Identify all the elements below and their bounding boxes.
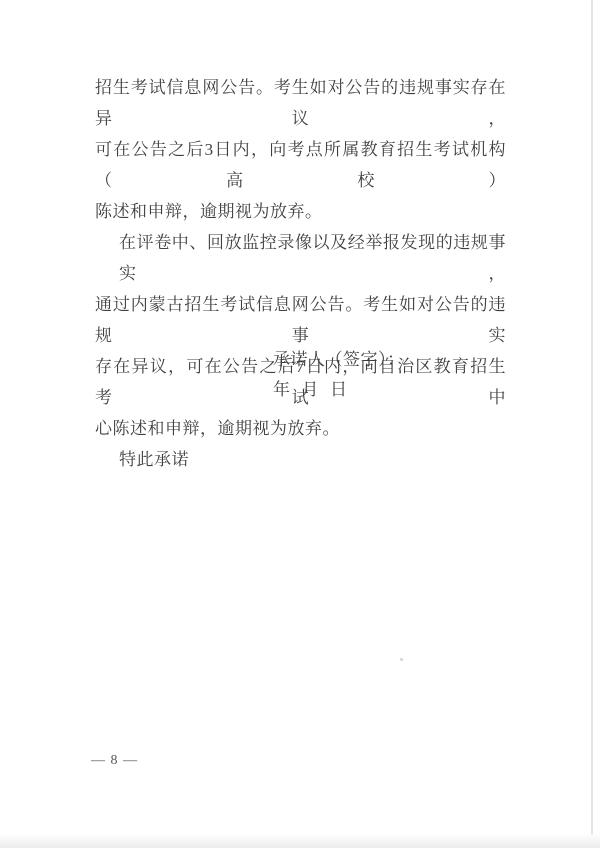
body-line: 在评卷中、回放监控录像以及经举报发现的违规事实， <box>95 227 506 289</box>
date-year-label: 年 <box>273 375 291 405</box>
body-line: 招生考试信息网公告。考生如对公告的违规事实存在异议， <box>95 72 506 134</box>
scan-edge-right <box>591 0 593 848</box>
signer-label: 承诺人（签字）： <box>273 345 405 375</box>
body-line: 心陈述和申辩，逾期视为放弃。 <box>95 413 506 444</box>
body-text: 招生考试信息网公告。考生如对公告的违规事实存在异议， 可在公告之后3日内，向考点… <box>95 72 506 475</box>
body-line: 通过内蒙古招生考试信息网公告。考生如对公告的违规事实 <box>95 289 506 351</box>
body-line: 可在公告之后3日内，向考点所属教育招生考试机构（高校） <box>95 134 506 196</box>
date-line: 年 月 日 <box>273 375 405 405</box>
date-month-label: 月 <box>302 375 320 405</box>
signature-block: 承诺人（签字）： 年 月 日 <box>273 345 405 405</box>
scan-speck <box>400 658 403 661</box>
page-number: — 8 — <box>91 753 138 769</box>
scan-edge-bottom <box>0 835 600 848</box>
date-day-label: 日 <box>330 375 348 405</box>
closing-phrase: 特此承诺 <box>95 444 506 475</box>
scanned-document-page: 招生考试信息网公告。考生如对公告的违规事实存在异议， 可在公告之后3日内，向考点… <box>0 0 600 848</box>
body-line: 陈述和申辩，逾期视为放弃。 <box>95 196 506 227</box>
